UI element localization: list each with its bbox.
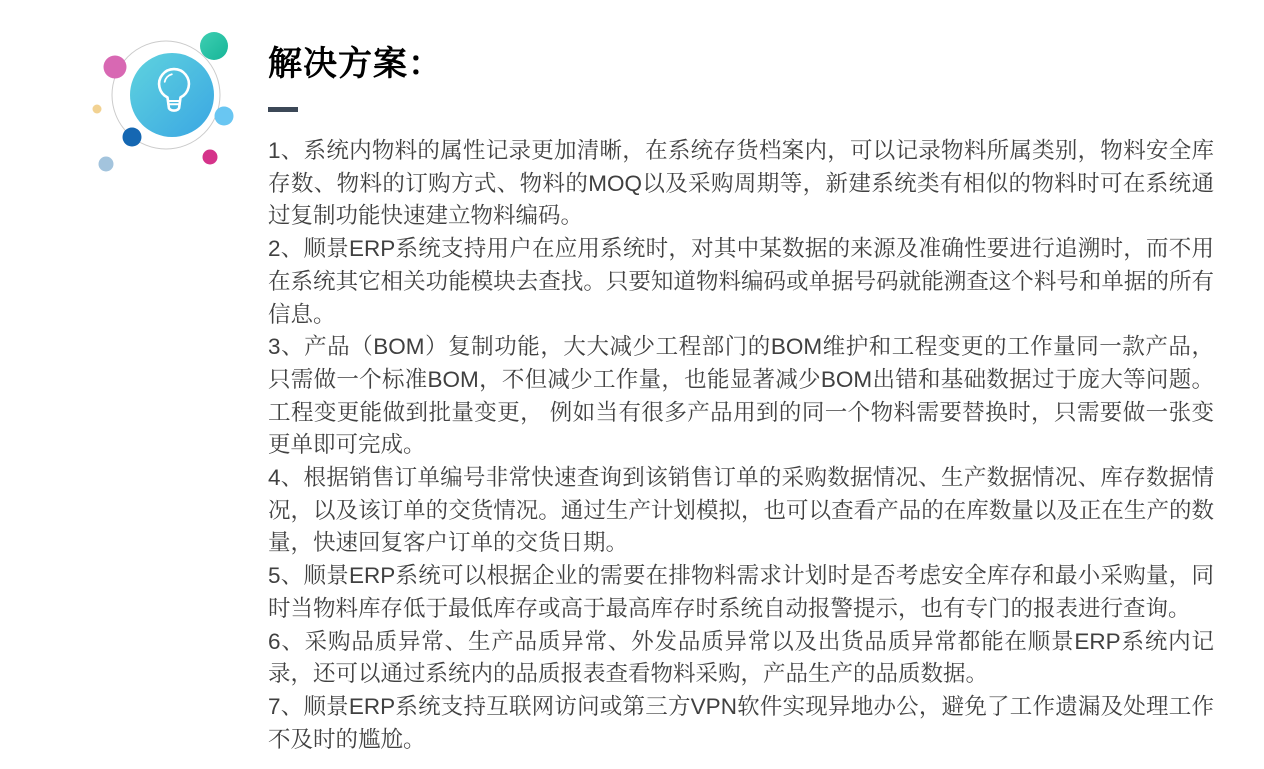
dot-pink xyxy=(104,56,127,79)
solution-content: 解决方案： 1、系统内物料的属性记录更加清晰，在系统存货档案内，可以记录物料所属… xyxy=(268,46,1214,756)
dot-gray-blue xyxy=(99,157,114,172)
dot-magenta xyxy=(203,150,218,165)
solution-item-1: 1、系统内物料的属性记录更加清晰，在系统存货档案内，可以记录物料所属类别，物料安… xyxy=(268,135,1214,233)
solution-item-2: 2、顺景ERP系统支持用户在应用系统时，对其中某数据的来源及准确性要进行追溯时，… xyxy=(268,233,1214,331)
solution-item-6: 6、采购品质异常、生产品质异常、外发品质异常以及出货品质异常都能在顺景ERP系统… xyxy=(268,626,1214,691)
solution-item-5: 5、顺景ERP系统可以根据企业的需要在排物料需求计划时是否考虑安全库存和最小采购… xyxy=(268,560,1214,625)
section-title: 解决方案： xyxy=(268,46,1214,83)
dot-dark-blue xyxy=(123,128,142,147)
dot-yellow xyxy=(93,105,102,114)
solution-item-4: 4、根据销售订单编号非常快速查询到该销售订单的采购数据情况、生产数据情况、库存数… xyxy=(268,462,1214,560)
lightbulb-badge xyxy=(88,25,248,185)
solution-item-7: 7、顺景ERP系统支持互联网访问或第三方VPN软件实现异地办公，避免了工作遗漏及… xyxy=(268,691,1214,756)
lightbulb-graphic xyxy=(88,25,248,185)
dot-teal xyxy=(200,32,228,60)
icon-circle xyxy=(130,53,214,137)
title-underline xyxy=(268,107,298,112)
solution-slide: 解决方案： 1、系统内物料的属性记录更加清晰，在系统存货档案内，可以记录物料所属… xyxy=(0,0,1264,769)
solution-item-3: 3、产品（BOM）复制功能，大大减少工程部门的BOM维护和工程变更的工作量同一款… xyxy=(268,331,1214,462)
dot-light-blue xyxy=(215,107,234,126)
solution-list: 1、系统内物料的属性记录更加清晰，在系统存货档案内，可以记录物料所属类别，物料安… xyxy=(268,135,1214,756)
